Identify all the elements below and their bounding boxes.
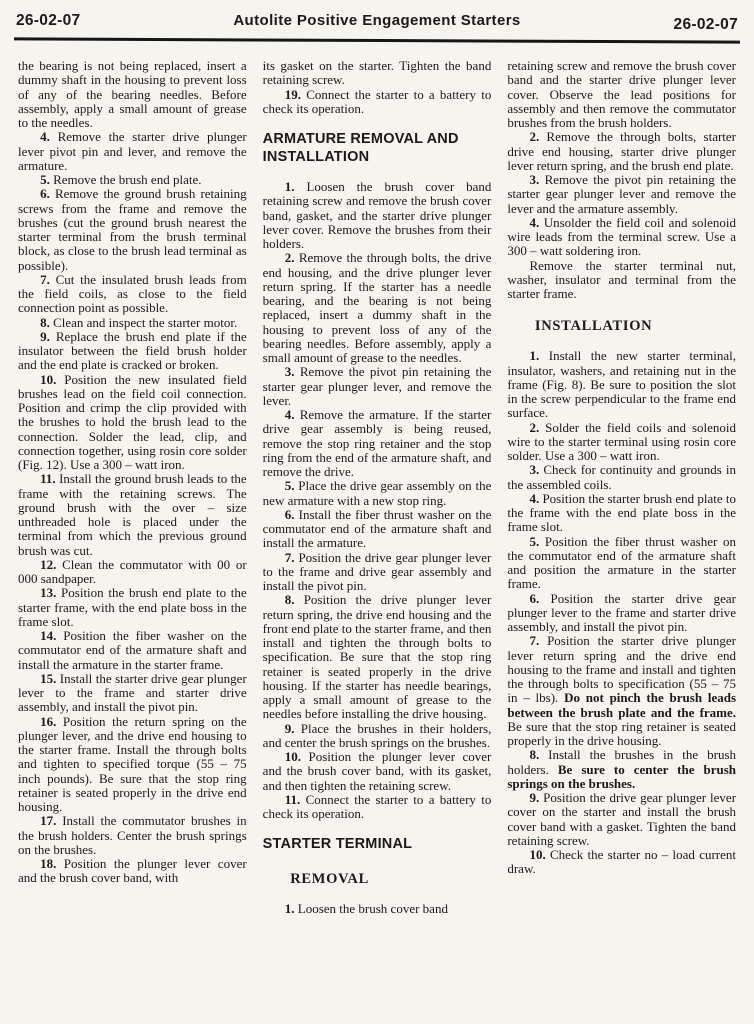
step-number: 17.	[40, 813, 62, 828]
step-paragraph: 6. Position the starter drive gear plung…	[507, 592, 736, 635]
step-paragraph: 18. Position the plunger lever cover and…	[18, 857, 247, 886]
step-paragraph: 11. Install the ground brush leads to th…	[18, 472, 247, 558]
step-number: 7.	[285, 550, 299, 565]
step-paragraph: 10. Position the new insulated field bru…	[18, 373, 247, 473]
step-number: 11.	[285, 792, 306, 807]
text: the bearing is not being replaced, inser…	[18, 58, 247, 130]
step-paragraph: 4. Remove the armature. If the starter d…	[263, 408, 492, 479]
step-paragraph: 5. Position the fiber thrust washer on t…	[507, 535, 736, 592]
step-number: 9.	[40, 329, 56, 344]
step-paragraph: 8. Install the brushes in the brush hold…	[507, 748, 736, 791]
step-number: 10.	[40, 372, 64, 387]
column-2: its gasket on the starter. Tighten the b…	[263, 59, 492, 916]
manual-page: 26-02-07 Autolite Positive Engagement St…	[0, 0, 754, 1024]
section-heading: ARMATURE REMOVAL AND INSTALLATION	[263, 131, 492, 166]
paragraph: retaining screw and remove the brush cov…	[507, 59, 736, 130]
step-paragraph: 17. Install the commutator brushes in th…	[18, 814, 247, 857]
text: Position the drive plunger lever return …	[263, 592, 492, 721]
text: retaining screw and remove the brush cov…	[507, 58, 736, 130]
step-paragraph: 6. Remove the ground brush retaining scr…	[18, 187, 247, 273]
step-paragraph: 13. Position the brush end plate to the …	[18, 586, 247, 629]
text: Remove the through bolts, the drive end …	[263, 250, 492, 365]
step-number: 6.	[40, 186, 55, 201]
step-number: 4.	[529, 215, 543, 230]
step-number: 16.	[40, 714, 63, 729]
text: Position the return spring on the plunge…	[18, 714, 247, 815]
step-paragraph: 1. Loosen the brush cover band retaining…	[263, 180, 492, 251]
step-paragraph: 4. Unsolder the field coil and solenoid …	[507, 216, 736, 259]
step-paragraph: 7. Cut the insulated brush leads from th…	[18, 273, 247, 316]
step-number: 9.	[529, 790, 543, 805]
step-number: 8.	[529, 747, 548, 762]
step-paragraph: 9. Position the drive gear plunger lever…	[507, 791, 736, 848]
paragraph: the bearing is not being replaced, inser…	[18, 59, 247, 130]
step-paragraph: 4. Remove the starter drive plunger leve…	[18, 130, 247, 173]
step-paragraph: 15. Install the starter drive gear plung…	[18, 672, 247, 715]
step-paragraph: 2. Solder the field coils and solenoid w…	[507, 421, 736, 464]
step-paragraph: 11. Connect the starter to a battery to …	[263, 793, 492, 822]
step-paragraph: 10. Position the plunger lever cover and…	[263, 750, 492, 793]
step-number: 14.	[40, 628, 63, 643]
step-paragraph: 19. Connect the starter to a battery to …	[263, 88, 492, 117]
step-number: 1.	[285, 179, 307, 194]
step-number: 12.	[40, 557, 62, 572]
step-paragraph: 2. Remove the through bolts, the drive e…	[263, 251, 492, 365]
step-paragraph: 3. Check for continuity and grounds in t…	[507, 463, 736, 492]
step-number: 1.	[285, 901, 298, 916]
section-heading: STARTER TERMINAL	[263, 836, 492, 854]
step-paragraph: 6. Install the fiber thrust washer on th…	[263, 508, 492, 551]
step-number: 2.	[529, 420, 545, 435]
step-paragraph: 14. Position the fiber washer on the com…	[18, 629, 247, 672]
step-paragraph: 7. Position the starter drive plunger le…	[507, 634, 736, 748]
step-paragraph: 8. Position the drive plunger lever retu…	[263, 593, 492, 721]
text: Be sure that the stop ring retainer is s…	[507, 719, 736, 748]
text: Position the starter brush end plate to …	[507, 491, 736, 535]
page-number-left: 26-02-07	[16, 12, 146, 30]
step-number: 5.	[285, 478, 299, 493]
step-number: 3.	[285, 364, 300, 379]
step-paragraph: 12. Clean the commutator with 00 or 000 …	[18, 558, 247, 587]
step-number: 7.	[40, 272, 55, 287]
text: Clean and inspect the starter motor.	[53, 315, 237, 330]
step-paragraph: 3. Remove the pivot pin retaining the st…	[507, 173, 736, 216]
step-paragraph: 4. Position the starter brush end plate …	[507, 492, 736, 535]
text: Remove the starter terminal nut, washer,…	[507, 258, 736, 302]
content-columns: the bearing is not being replaced, inser…	[12, 42, 742, 916]
page-header: 26-02-07 Autolite Positive Engagement St…	[12, 9, 742, 34]
step-paragraph: 1. Install the new starter terminal, ins…	[507, 349, 736, 420]
step-number: 10.	[285, 749, 309, 764]
step-paragraph: 3. Remove the pivot pin retaining the st…	[263, 365, 492, 408]
step-paragraph: 2. Remove the through bolts, starter dri…	[507, 130, 736, 173]
text: its gasket on the starter. Tighten the b…	[263, 58, 492, 87]
page-title: Autolite Positive Engagement Starters	[146, 12, 608, 29]
step-paragraph: 10. Check the starter no – load current …	[507, 848, 736, 877]
step-number: 1.	[529, 348, 548, 363]
column-3: retaining screw and remove the brush cov…	[507, 59, 736, 916]
step-number: 18.	[40, 856, 64, 871]
step-number: 19.	[285, 87, 306, 102]
step-number: 2.	[529, 129, 546, 144]
step-number: 8.	[285, 592, 304, 607]
step-number: 4.	[40, 129, 58, 144]
step-number: 9.	[285, 721, 301, 736]
column-1: the bearing is not being replaced, inser…	[18, 59, 247, 916]
step-number: 6.	[285, 507, 299, 522]
step-paragraph: 9. Replace the brush end plate if the in…	[18, 330, 247, 373]
step-number: 5.	[529, 534, 544, 549]
step-number: 4.	[285, 407, 300, 422]
text: Position the new insulated field brushes…	[18, 372, 247, 473]
section-heading: REMOVAL	[263, 871, 492, 887]
step-number: 5.	[40, 172, 53, 187]
step-number: 8.	[40, 315, 53, 330]
step-paragraph: 1. Loosen the brush cover band	[263, 902, 492, 916]
step-number: 4.	[529, 491, 542, 506]
text: Remove the brush end plate.	[53, 172, 201, 187]
step-paragraph: 5. Remove the brush end plate.	[18, 173, 247, 187]
step-number: 3.	[529, 172, 544, 187]
section-heading: INSTALLATION	[507, 318, 736, 334]
step-paragraph: 16. Position the return spring on the pl…	[18, 715, 247, 815]
step-number: 6.	[529, 591, 550, 606]
step-paragraph: 5. Place the drive gear assembly on the …	[263, 479, 492, 508]
step-number: 13.	[40, 585, 61, 600]
step-number: 11.	[40, 471, 59, 486]
step-number: 7.	[529, 633, 547, 648]
step-number: 3.	[529, 462, 543, 477]
step-paragraph: 9. Place the brushes in their holders, a…	[263, 722, 492, 751]
paragraph: Remove the starter terminal nut, washer,…	[507, 259, 736, 302]
step-number: 15.	[40, 671, 60, 686]
paragraph: its gasket on the starter. Tighten the b…	[263, 59, 492, 88]
step-number: 2.	[285, 250, 299, 265]
step-paragraph: 7. Position the drive gear plunger lever…	[263, 551, 492, 594]
page-number-right: 26-02-07	[608, 12, 738, 34]
step-number: 10.	[529, 847, 550, 862]
text: Loosen the brush cover band	[298, 901, 448, 916]
step-paragraph: 8. Clean and inspect the starter motor.	[18, 316, 247, 330]
